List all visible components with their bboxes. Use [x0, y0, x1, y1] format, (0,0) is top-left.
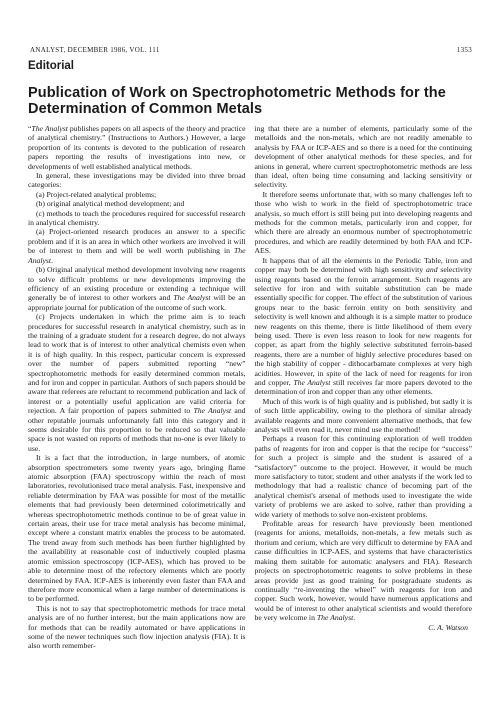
article-title: Publication of Work on Spectrophotometri… [28, 85, 468, 117]
journal-page: ANALYST, DECEMBER 1986, VOL. 111 1353 Ed… [0, 0, 500, 719]
paragraph: (a) Project-oriented research produces a… [28, 227, 246, 265]
right-column: ing that there are a number of elements,… [255, 124, 473, 651]
article-body: “The Analyst publishes papers on all asp… [28, 124, 472, 651]
text-run: In general, these investigations may be … [28, 171, 246, 189]
paragraph: “The Analyst publishes papers on all asp… [28, 124, 246, 171]
italic-text: The Analyst [293, 378, 330, 387]
text-run: This is not to say that spectrophotometr… [28, 604, 246, 651]
italic-text: and [426, 265, 438, 274]
text-run: Profitable areas for research have previ… [255, 519, 473, 622]
italic-text: The Analyst [317, 613, 353, 622]
text-run: Perhaps a reason for this continuing exp… [255, 434, 473, 518]
italic-text: The Analyst [193, 406, 231, 415]
paragraph: It happens that of all the elements in t… [255, 256, 473, 397]
text-run: ing that there are a number of elements,… [255, 124, 473, 189]
author-signature: C. A. Watson [255, 623, 473, 632]
text-run: (c) Projects undertaken in which the pri… [28, 312, 246, 415]
journal-volume-line: ANALYST, DECEMBER 1986, VOL. 111 [30, 46, 160, 54]
paragraph: Much of this work is of high quality and… [255, 397, 473, 435]
running-head: ANALYST, DECEMBER 1986, VOL. 111 1353 [30, 46, 472, 54]
page-number: 1353 [457, 46, 472, 54]
text-run: . [353, 613, 355, 622]
text-run: It therefore seems unfortunate that, wit… [255, 190, 473, 255]
text-run: (a) Project-related analytical problems; [36, 190, 156, 199]
text-run: selectivity using reagents based on the … [255, 265, 473, 387]
paragraph: (c) Projects undertaken in which the pri… [28, 312, 246, 453]
editorial-heading: Editorial [28, 60, 74, 72]
paragraph: (b) original analytical method developme… [28, 199, 246, 208]
paragraph: (c) methods to teach the procedures requ… [28, 209, 246, 228]
paragraph: It is a fact that the introduction, in l… [28, 453, 246, 604]
text-run: . [51, 256, 53, 265]
paragraph: (b) Original analytical method developme… [28, 265, 246, 312]
text-run: (c) methods to teach the procedures requ… [28, 209, 246, 227]
paragraph: It therefore seems unfortunate that, wit… [255, 190, 473, 256]
text-run: (a) Project-oriented research produces a… [28, 227, 246, 255]
paragraph: This is not to say that spectrophotometr… [28, 604, 246, 651]
paragraph: Perhaps a reason for this continuing exp… [255, 434, 473, 519]
italic-text: The Analyst [173, 293, 210, 302]
paragraph: Profitable areas for research have previ… [255, 519, 473, 622]
italic-text: The Analyst [31, 124, 67, 133]
text-run: (b) original analytical method developme… [36, 199, 184, 208]
paragraph: (a) Project-related analytical problems; [28, 190, 246, 199]
paragraph: ing that there are a number of elements,… [255, 124, 473, 190]
text-run: It is a fact that the introduction, in l… [28, 453, 246, 603]
left-column: “The Analyst publishes papers on all asp… [28, 124, 246, 651]
text-run: Much of this work is of high quality and… [255, 397, 473, 434]
paragraph: In general, these investigations may be … [28, 171, 246, 190]
